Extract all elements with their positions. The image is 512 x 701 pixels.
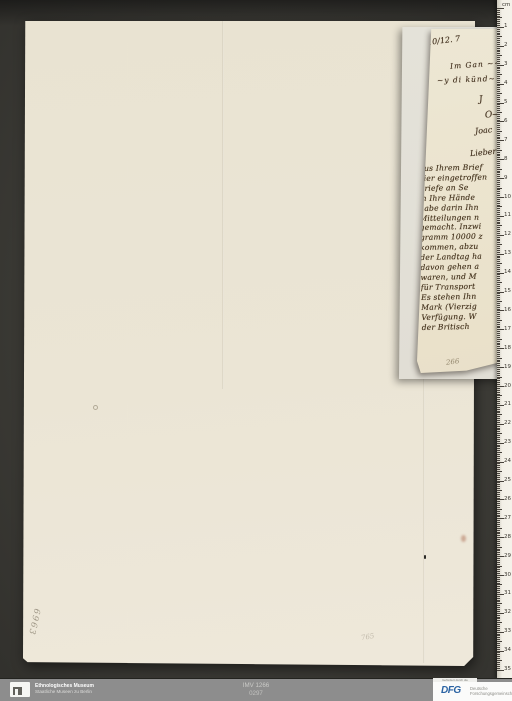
- ruler-tick: [497, 154, 500, 155]
- ruler-tick: [497, 225, 502, 226]
- ruler-tick: [497, 74, 502, 75]
- ruler-tick: [497, 55, 502, 56]
- ruler-tick: [497, 131, 502, 132]
- ruler-tick: [497, 186, 500, 187]
- ruler-tick: [497, 14, 500, 15]
- ruler-tick: [497, 261, 500, 262]
- ruler-tick: [497, 411, 500, 412]
- ruler-tick: [497, 57, 500, 58]
- ruler-tick: [497, 446, 500, 447]
- ruler-tick: [497, 16, 500, 17]
- ruler-tick: [497, 600, 500, 601]
- ruler-tick: [497, 429, 500, 430]
- ruler-tick: [497, 269, 500, 270]
- ruler-tick: [497, 397, 500, 398]
- ruler-tick: [497, 97, 500, 98]
- ruler-tick: [497, 384, 500, 385]
- ruler-tick: [497, 293, 500, 294]
- ruler-tick: [497, 220, 500, 221]
- ruler-tick: [497, 309, 500, 310]
- ruler-tick: [497, 554, 500, 555]
- ruler-tick: [497, 571, 500, 572]
- ruler-tick: [497, 120, 500, 121]
- dfg-name-block: Deutsche Forschungsgemeinschaft: [470, 686, 512, 696]
- ruler-tick: [497, 61, 500, 62]
- ruler-number: 12: [504, 232, 511, 237]
- ruler-tick: [497, 297, 500, 298]
- ruler-tick: [497, 46, 504, 47]
- handwriting-line: J: [478, 95, 483, 105]
- ruler-tick: [497, 273, 504, 274]
- ruler-tick: [497, 214, 500, 215]
- ruler-tick: [497, 344, 500, 345]
- ruler-tick: [497, 174, 500, 175]
- ruler-tick: [497, 645, 500, 646]
- ruler-tick: [497, 662, 500, 663]
- ruler-tick: [497, 651, 504, 652]
- ruler-tick: [497, 515, 500, 516]
- ruler-tick: [497, 567, 500, 568]
- ruler-tick: [497, 208, 500, 209]
- ruler-tick: [497, 524, 500, 525]
- ruler-tick: [497, 27, 504, 28]
- ruler-tick: [497, 326, 500, 327]
- ruler-tick: [497, 350, 500, 351]
- ruler-tick: [497, 452, 502, 453]
- ruler-number: 24: [504, 459, 511, 464]
- ruler-tick: [497, 339, 502, 340]
- ruler-tick: [497, 518, 504, 519]
- ruler-tick: [497, 163, 500, 164]
- ruler-tick: [497, 324, 500, 325]
- ruler-number: 22: [504, 421, 511, 426]
- ruler-tick: [497, 8, 504, 9]
- ruler-tick: [497, 386, 504, 387]
- ruler-number: 1: [504, 24, 508, 29]
- ruler-tick: [497, 292, 504, 293]
- ruler-tick: [497, 314, 500, 315]
- ruler-number: 28: [504, 535, 511, 540]
- ruler-tick: [497, 53, 500, 54]
- ruler-tick: [497, 622, 502, 623]
- ruler-tick: [497, 392, 500, 393]
- ruler-tick: [497, 426, 500, 427]
- ruler-tick: [497, 479, 500, 480]
- ruler-tick: [497, 549, 500, 550]
- ruler-tick: [497, 620, 500, 621]
- ruler-number: 25: [504, 478, 511, 483]
- ruler-tick: [497, 91, 500, 92]
- ruler-tick: [497, 284, 500, 285]
- ruler-tick: [497, 101, 500, 102]
- ruler-tick: [497, 31, 500, 32]
- ruler-tick: [497, 278, 500, 279]
- ruler-tick: [497, 547, 502, 548]
- ruler-number: 16: [504, 308, 511, 313]
- ruler-tick: [497, 110, 500, 111]
- ruler-tick: [497, 492, 500, 493]
- handwriting-line: Joac: [475, 125, 493, 135]
- ruler-tick: [497, 327, 500, 328]
- ruler-tick: [497, 85, 500, 86]
- ruler-tick: [497, 38, 500, 39]
- ruler-tick: [497, 618, 500, 619]
- ruler-tick: [497, 414, 502, 415]
- ruler-tick: [497, 418, 500, 419]
- ruler-tick: [497, 216, 504, 217]
- ruler-number: 6: [504, 119, 508, 124]
- ruler-tick: [497, 288, 500, 289]
- ruler-number: 35: [504, 667, 511, 672]
- dfg-logo-text: DFG: [441, 685, 461, 696]
- ruler-tick: [497, 382, 500, 383]
- ruler-tick: [497, 454, 500, 455]
- ruler-tick: [497, 424, 504, 425]
- ruler-tick: [497, 161, 500, 162]
- ruler-tick: [497, 205, 500, 206]
- ruler-tick: [497, 99, 500, 100]
- ruler-tick: [497, 140, 504, 141]
- ruler-tick: [497, 624, 500, 625]
- ruler-tick: [497, 36, 502, 37]
- ruler-tick: [497, 222, 500, 223]
- ruler-tick: [497, 405, 504, 406]
- ruler-tick: [497, 516, 500, 517]
- ruler-tick: [497, 150, 502, 151]
- ruler-tick: [497, 310, 504, 311]
- ruler-tick: [497, 93, 502, 94]
- ruler-tick: [497, 104, 500, 105]
- ruler-number: 7: [504, 138, 508, 143]
- ruler-tick: [497, 316, 500, 317]
- ruler-tick: [497, 422, 500, 423]
- ruler-tick: [497, 439, 500, 440]
- ruler-tick: [497, 89, 500, 90]
- ruler-tick: [497, 416, 500, 417]
- handwriting-date: 10/12. 7: [427, 34, 461, 47]
- ruler-tick: [497, 191, 500, 192]
- ruler-tick: [497, 399, 500, 400]
- ruler-number: 2: [504, 43, 508, 48]
- ruler-tick: [497, 481, 504, 482]
- ruler-tick: [497, 367, 504, 368]
- ruler-tick: [497, 460, 500, 461]
- ruler-tick: [497, 388, 500, 389]
- ruler-tick: [497, 333, 500, 334]
- ruler-tick: [497, 505, 500, 506]
- ruler-tick: [497, 394, 500, 395]
- ruler-tick: [497, 257, 500, 258]
- ruler-tick: [497, 318, 500, 319]
- ruler-tick: [497, 254, 504, 255]
- ruler-tick: [497, 441, 500, 442]
- ruler-tick: [497, 12, 500, 13]
- ruler-tick: [497, 458, 500, 459]
- ruler-tick: [497, 286, 500, 287]
- ruler-tick: [497, 112, 502, 113]
- ruler-tick: [497, 199, 500, 200]
- ruler-tick: [497, 522, 500, 523]
- ruler-tick: [497, 34, 500, 35]
- ruler-tick: [497, 660, 502, 661]
- ruler-tick: [497, 237, 500, 238]
- ruler-number: 19: [504, 365, 511, 370]
- ruler-tick: [497, 649, 500, 650]
- ruler-tick: [497, 420, 500, 421]
- ruler-tick: [497, 395, 502, 396]
- ruler-tick: [497, 484, 500, 485]
- ruler-tick: [497, 375, 500, 376]
- ruler-tick: [497, 473, 500, 474]
- ruler-tick: [497, 123, 500, 124]
- ruler-tick: [497, 378, 500, 379]
- ruler-tick: [497, 227, 500, 228]
- ruler-tick: [497, 583, 500, 584]
- ruler-tick: [497, 564, 500, 565]
- ruler-tick: [497, 193, 500, 194]
- ruler-number: 14: [504, 270, 511, 275]
- dfg-logo: Gefördert durch die DFG Deutsche Forschu…: [433, 682, 512, 701]
- ruler-tick: [497, 329, 504, 330]
- ruler-number: 26: [504, 497, 511, 502]
- ruler-tick: [497, 248, 500, 249]
- ruler-tick: [497, 358, 502, 359]
- ruler-tick: [497, 148, 500, 149]
- ruler-tick: [497, 448, 500, 449]
- ruler-tick: [497, 498, 500, 499]
- ruler-tick: [497, 664, 500, 665]
- ruler-number: 30: [504, 573, 511, 578]
- ruler-tick: [497, 188, 502, 189]
- ruler-number: 31: [504, 591, 511, 596]
- ruler-tick: [497, 133, 500, 134]
- ruler-tick: [497, 363, 500, 364]
- ruler-tick: [497, 303, 500, 304]
- ruler-tick: [497, 482, 500, 483]
- ruler-tick: [497, 171, 500, 172]
- ruler-tick: [497, 490, 502, 491]
- ruler-tick: [497, 530, 500, 531]
- ruler-tick: [497, 121, 504, 122]
- ruler-number: 34: [504, 648, 511, 653]
- ruler-tick: [497, 609, 500, 610]
- ruler-tick: [497, 282, 502, 283]
- ruler-tick: [497, 598, 500, 599]
- ruler-number: 9: [504, 176, 508, 181]
- ruler-tick: [497, 320, 502, 321]
- ruler-tick: [497, 647, 500, 648]
- ruler-tick: [497, 176, 500, 177]
- ruler-tick: [497, 377, 502, 378]
- ruler-tick: [497, 144, 500, 145]
- ruler-tick: [497, 42, 500, 43]
- ruler-tick: [497, 562, 500, 563]
- ruler-tick: [497, 68, 500, 69]
- ruler-tick: [497, 556, 504, 557]
- ruler-tick: [497, 127, 500, 128]
- ruler-number: 33: [504, 629, 511, 634]
- ruler-tick: [497, 443, 504, 444]
- ruler-tick: [497, 513, 500, 514]
- ruler-tick: [497, 180, 500, 181]
- ruler-tick: [497, 223, 500, 224]
- ruler-tick: [497, 240, 500, 241]
- ruler-tick: [497, 118, 500, 119]
- ruler-number: 17: [504, 327, 511, 332]
- ruler-tick: [497, 203, 500, 204]
- ruler-tick: [497, 65, 504, 66]
- ruler-tick: [497, 407, 500, 408]
- ruler-tick: [497, 628, 500, 629]
- ruler-tick: [497, 23, 500, 24]
- ruler-tick: [497, 488, 500, 489]
- ruler-tick: [497, 592, 500, 593]
- ruler-number: 8: [504, 157, 508, 162]
- ruler-tick: [497, 552, 500, 553]
- ruler-tick: [497, 613, 504, 614]
- ruler-tick: [497, 607, 500, 608]
- ruler-number: 10: [504, 195, 511, 200]
- ruler-tick: [497, 244, 502, 245]
- ruler-tick: [497, 114, 500, 115]
- ruler-tick: [497, 475, 500, 476]
- ruler-tick: [497, 305, 500, 306]
- pencil-number: 266: [446, 357, 460, 366]
- ruler-tick: [497, 656, 500, 657]
- ruler-number: 20: [504, 384, 511, 389]
- ruler-tick: [497, 577, 500, 578]
- ruler-tick: [497, 135, 500, 136]
- ruler-tick: [497, 569, 500, 570]
- ruler-tick: [497, 390, 500, 391]
- ruler-number: 3: [504, 62, 508, 67]
- ruler-tick: [497, 80, 500, 81]
- ruler-tick: [497, 360, 500, 361]
- ruler-tick: [497, 634, 500, 635]
- ruler-tick: [497, 545, 500, 546]
- ruler-tick: [497, 550, 500, 551]
- ruler-tick: [497, 178, 504, 179]
- ruler-tick: [497, 155, 500, 156]
- ruler-number: 32: [504, 610, 511, 615]
- ruler-tick: [497, 520, 500, 521]
- ruler-tick: [497, 212, 500, 213]
- ruler-tick: [497, 539, 500, 540]
- ruler-tick: [497, 246, 500, 247]
- ruler-tick: [497, 312, 500, 313]
- ruler-tick: [497, 263, 502, 264]
- letter-shadow-wrap: 10/12. 7 Im Gan ∼∼ ∼y di künd∼ J O— Joac…: [0, 0, 512, 701]
- ruler-tick: [497, 231, 500, 232]
- ruler-tick: [497, 233, 500, 234]
- ruler-tick: [497, 44, 500, 45]
- ruler-tick: [497, 471, 502, 472]
- ruler-number: 13: [504, 251, 511, 256]
- ruler-tick: [497, 365, 500, 366]
- ruler-tick: [497, 431, 500, 432]
- ruler-tick: [497, 477, 500, 478]
- ruler-tick: [497, 172, 500, 173]
- ruler-tick: [497, 63, 500, 64]
- ruler-tick: [497, 462, 504, 463]
- footer-bar: Ethnologisches Museum Staatliche Museen …: [0, 678, 512, 701]
- ruler-tick: [497, 259, 500, 260]
- ruler-number: 21: [504, 402, 511, 407]
- ruler-tick: [497, 195, 500, 196]
- ruler-tick: [497, 250, 500, 251]
- funder-note: Gefördert durch die: [433, 678, 477, 682]
- ruler-tick: [497, 509, 502, 510]
- ruler-tick: [497, 558, 500, 559]
- ruler-tick: [497, 433, 502, 434]
- ruler-tick: [497, 346, 500, 347]
- ruler-tick: [497, 106, 500, 107]
- ruler-tick: [497, 84, 504, 85]
- ruler-tick: [497, 463, 500, 464]
- ruler-tick: [497, 50, 500, 51]
- ruler-tick: [497, 116, 500, 117]
- ruler-tick: [497, 566, 502, 567]
- ruler-tick: [497, 19, 500, 20]
- ruler-tick: [497, 78, 500, 79]
- ruler-tick: [497, 615, 500, 616]
- ruler-tick: [497, 138, 500, 139]
- ruler-tick: [497, 337, 500, 338]
- ruler-tick: [497, 142, 500, 143]
- ruler-tick: [497, 573, 500, 574]
- ruler-tick: [497, 299, 500, 300]
- ruler-tick: [497, 535, 500, 536]
- ruler-tick: [497, 361, 500, 362]
- ruler-tick: [497, 465, 500, 466]
- ruler-tick: [497, 125, 500, 126]
- ruler-tick: [497, 167, 500, 168]
- ruler-tick: [497, 184, 500, 185]
- ruler-tick: [497, 588, 500, 589]
- ruler-tick: [497, 182, 500, 183]
- ruler-tick: [497, 67, 500, 68]
- ruler-tick: [497, 401, 500, 402]
- ruler-tick: [497, 494, 500, 495]
- ruler-tick: [497, 373, 500, 374]
- ruler-tick: [497, 412, 500, 413]
- ruler-tick: [497, 40, 500, 41]
- ruler-tick: [497, 108, 500, 109]
- handwriting-salutation: Lieber: [470, 147, 497, 158]
- ruler-tick: [497, 72, 500, 73]
- ruler-tick: [497, 87, 500, 88]
- ruler-number: 11: [504, 213, 511, 218]
- ruler-number: 29: [504, 554, 511, 559]
- ruler-tick: [497, 201, 500, 202]
- ruler-tick: [497, 129, 500, 130]
- ruler-tick: [497, 371, 500, 372]
- ruler-tick: [497, 29, 500, 30]
- ruler-tick: [497, 586, 500, 587]
- ruler: cm 1234567891011121314151617181920212223…: [497, 0, 512, 679]
- ruler-tick: [497, 652, 500, 653]
- ruler-tick: [497, 137, 500, 138]
- ruler-tick: [497, 496, 500, 497]
- ruler-tick: [497, 445, 500, 446]
- ruler-tick: [497, 635, 500, 636]
- ruler-tick: [497, 301, 502, 302]
- ruler-tick: [497, 626, 500, 627]
- ruler-tick: [497, 210, 500, 211]
- ruler-tick: [497, 450, 500, 451]
- ruler-tick: [497, 617, 500, 618]
- ruler-tick: [497, 33, 500, 34]
